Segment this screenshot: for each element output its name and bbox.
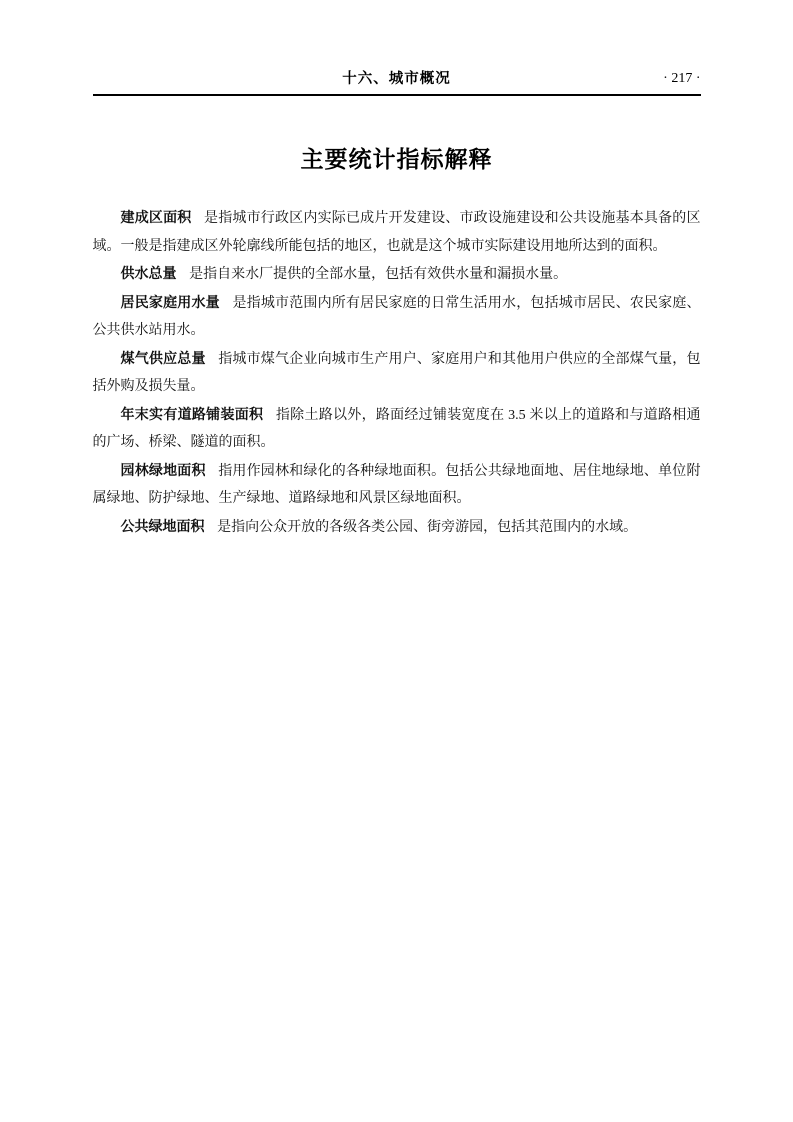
entry-term: 年末实有道路铺装面积 [121,406,264,422]
page-number: · 217 · [663,69,700,89]
entry-paragraph: 煤气供应总量指城市煤气企业向城市生产用户、家庭用户和其他用户供应的全部煤气量，包… [93,345,701,401]
entry-term: 建成区面积 [121,209,192,225]
entry-term: 供水总量 [121,265,177,281]
page-title: 主要统计指标解释 [93,146,701,174]
running-header: 十六、城市概况 · 217 · [93,0,701,96]
document-page: 十六、城市概况 · 217 · 主要统计指标解释 建成区面积是指城市行政区内实际… [0,0,793,1122]
entry-term: 煤气供应总量 [121,350,206,366]
entry-paragraph: 供水总量是指自来水厂提供的全部水量，包括有效供水量和漏损水量。 [93,260,701,289]
entry-paragraph: 建成区面积是指城市行政区内实际已成片开发建设、市政设施建设和公共设施基本具备的区… [93,204,701,260]
entry-definition: 是指向公众开放的各级各类公园、街旁游园，包括其范围内的水域。 [217,520,637,535]
entry-paragraph: 公共绿地面积是指向公众开放的各级各类公园、街旁游园，包括其范围内的水域。 [93,513,701,542]
entry-definition: 是指自来水厂提供的全部水量，包括有效供水量和漏损水量。 [189,267,567,282]
entry-paragraph: 居民家庭用水量是指城市范围内所有居民家庭的日常生活用水，包括城市居民、农民家庭、… [93,289,701,345]
section-title: 十六、城市概况 [93,69,701,89]
entries-list: 建成区面积是指城市行政区内实际已成片开发建设、市政设施建设和公共设施基本具备的区… [93,204,701,541]
entry-term: 居民家庭用水量 [121,294,220,310]
entry-term: 公共绿地面积 [121,518,205,534]
page-content: 十六、城市概况 · 217 · 主要统计指标解释 建成区面积是指城市行政区内实际… [93,0,701,541]
entry-term: 园林绿地面积 [121,462,206,478]
entry-paragraph: 园林绿地面积指用作园林和绿化的各种绿地面积。包括公共绿地面地、居住地绿地、单位附… [93,457,701,513]
entry-paragraph: 年末实有道路铺装面积指除土路以外，路面经过铺装宽度在 3.5 米以上的道路和与道… [93,401,701,457]
